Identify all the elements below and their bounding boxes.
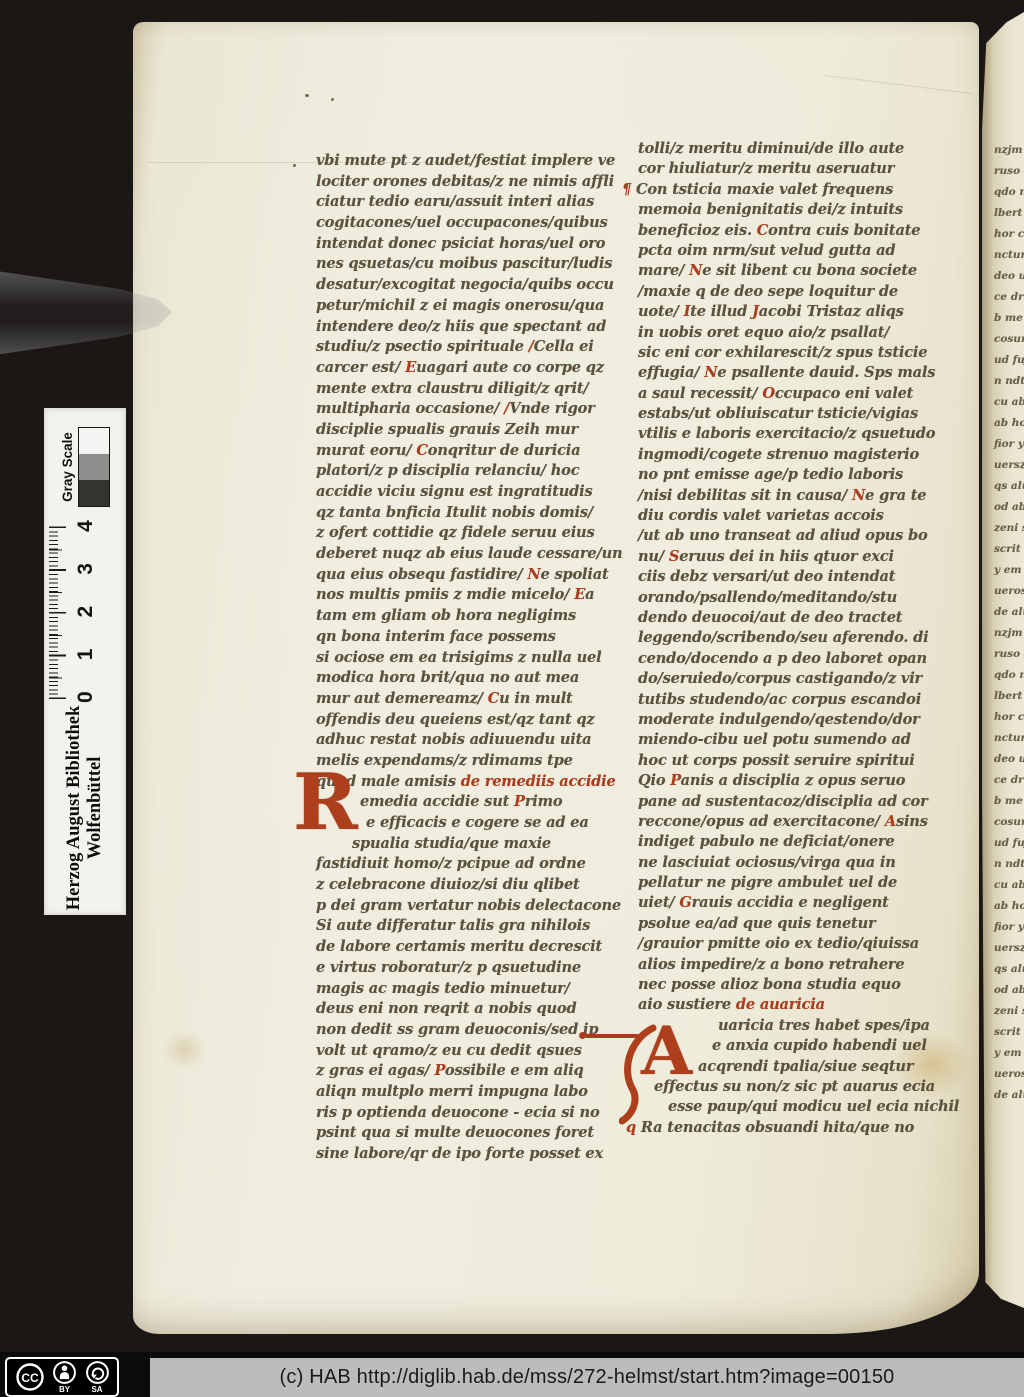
manuscript-line: non dedit ss gram deuoconis/sed ip: [316, 1020, 622, 1041]
manuscript-line: ris p optienda deuocone - ecia si no: [316, 1103, 622, 1124]
manuscript-line: e efficacis e cogere se ad ea: [316, 813, 622, 834]
edge-text-fragment: n ndt: [994, 854, 1024, 875]
manuscript-line: pane ad sustentacoz/disciplia ad cor: [638, 792, 959, 812]
manuscript-line: ne lasciuiat ociosus/virga qua in: [638, 853, 959, 873]
edge-text-fragment: ueros: [994, 581, 1024, 602]
rubric-text: de auaricia: [736, 996, 825, 1013]
manuscript-line: studiu/z psectio spirituale /Cella ei: [316, 337, 622, 358]
manuscript-line: cendo/docendo a p deo laboret opan: [638, 649, 959, 669]
rubric-text: N: [689, 262, 702, 279]
edge-text-fragment: hor co: [994, 224, 1024, 245]
ink-text: indiget pabulo ne deficiat/onere: [638, 833, 895, 850]
manuscript-line: memoia benignitatis dei/z intuits: [638, 200, 959, 220]
manuscript-line: esse paup/qui modicu uel ecia nichil: [638, 1097, 959, 1117]
gray-scale-block: Gray Scale: [60, 421, 110, 513]
next-page-text-fragments: nzjmruso dqdo nelberthor concturdeo udce…: [994, 140, 1024, 1106]
manuscript-line: dendo deuocoi/aut de deo tractet: [638, 608, 959, 628]
edge-text-fragment: ud fuj: [994, 350, 1024, 371]
manuscript-line: ingmodi/cogete strenuo magisterio: [638, 445, 959, 465]
ink-text: si ociose em ea trisigims z nulla uel: [316, 649, 601, 666]
manuscript-line: Qio Panis a disciplia z opus seruo: [638, 771, 959, 791]
rubric-text: N: [852, 487, 865, 504]
ink-text: sins: [896, 813, 928, 830]
manuscript-line: petur/michil z ei magis onerosu/qua: [316, 296, 622, 317]
ink-text: de labore certamis meritu decrescit: [316, 938, 602, 955]
ink-text: non dedit ss gram deuoconis/sed ip: [316, 1021, 598, 1038]
manuscript-line: /grauior pmitte oio ex tedio/qiuissa: [638, 934, 959, 954]
ink-text: fastidiuit homo/z pcipue ad ordne: [316, 855, 586, 872]
manuscript-page: vbi mute pt z audet/festiat implere velo…: [133, 22, 979, 1334]
ink-text: /nisi debilitas sit in causa/: [638, 487, 852, 504]
ink-text: mur aut demereamz/: [316, 690, 488, 707]
ink-text: offendis deu queiens est/qz tant qz: [316, 711, 595, 728]
ink-text: reccone/opus ad exercitacone/: [638, 813, 885, 830]
ink-text: Cella ei: [534, 338, 594, 355]
ink-text: tam em gliam ob hora negligims: [316, 607, 576, 624]
manuscript-line: do/seruiedo/corpus castigando/z vir: [638, 669, 959, 689]
ink-text: uagari aute co corpe qz: [416, 359, 604, 376]
manuscript-line: z ofert cottidie qz fidele seruu eius: [316, 523, 622, 544]
manuscript-line: reccone/opus ad exercitacone/ Asins: [638, 812, 959, 832]
ruler-strip: Herzog August Bibliothek Wolfenbüttel 01…: [44, 408, 126, 915]
ink-text: e spoliat: [541, 566, 609, 583]
ink-text: in uobis oret equo aio/z psallat/: [638, 324, 889, 341]
ink-text: nes qsuetas/cu moibus pascitur/ludis: [316, 255, 612, 272]
manuscript-line: carcer est/ Euagari aute co corpe qz: [316, 358, 622, 379]
manuscript-line: cor hiuliatur/z meritu aseruatur: [638, 159, 959, 179]
rubric-text: A: [885, 813, 896, 830]
manuscript-line: modica hora brit/qua no aut mea: [316, 668, 622, 689]
rubric-text: N: [704, 364, 717, 381]
manuscript-line: deus eni non reqrit a nobis quod: [316, 999, 622, 1020]
ruler-number: 2: [74, 606, 98, 618]
manuscript-line: nu/ Seruus dei in hiis qtuor exci: [638, 547, 959, 567]
edge-text-fragment: b me o: [994, 308, 1024, 329]
initial-flourish: [619, 1022, 659, 1130]
ink-text: mare/: [638, 262, 689, 279]
edge-text-fragment: qs alu: [994, 959, 1024, 980]
ink-text: /grauior pmitte oio ex tedio/qiuissa: [638, 935, 919, 952]
ink-text: rauis accidia e negligent: [692, 894, 889, 911]
ink-text: te illud: [690, 303, 752, 320]
ink-text: a saul recessit/: [638, 385, 762, 402]
ink-text: intendat donec psiciat horas/uel oro: [316, 235, 605, 252]
ink-text: psint qua si multe deuocones foret: [316, 1124, 594, 1141]
ink-text: adhuc restat nobis adiuuendu uita: [316, 731, 591, 748]
rubric-text: P: [514, 793, 525, 810]
ink-text: /ut ab uno transeat ad aliud opus bo: [638, 527, 928, 544]
ink-text: rimo: [525, 793, 563, 810]
ink-text: ingmodi/cogete strenuo magisterio: [638, 446, 919, 463]
edge-text-fragment: hor co: [994, 707, 1024, 728]
ink-text: Con tsticia maxie valet frequens: [636, 181, 893, 198]
edge-text-fragment: qs alu: [994, 476, 1024, 497]
page-crease: [823, 75, 972, 94]
rubric-text: C: [416, 442, 427, 459]
rubric-text: E: [405, 359, 416, 376]
manuscript-line: mente extra claustru diligit/z qrit/: [316, 379, 622, 400]
right-text-column: tolli/z meritu diminui/de illo autecor h…: [638, 139, 959, 1138]
ruler-ticks-cm: [49, 525, 66, 699]
ink-text: ciis debz versari/ut deo intendat: [638, 568, 895, 585]
manuscript-line: deberet nuqz ab eius laude cessare/un: [316, 544, 622, 565]
ink-text: anis a disciplia z opus seruo: [681, 772, 906, 789]
edge-text-fragment: lbert: [994, 203, 1024, 224]
manuscript-line: murat eoru/ Conqritur de duricia: [316, 441, 622, 462]
ink-text: onqritur de duricia: [428, 442, 581, 459]
ruler-number: 1: [74, 649, 98, 661]
footer-bar: (c) HAB http://diglib.hab.de/mss/272-hel…: [0, 1352, 1024, 1397]
manuscript-line: platori/z p disciplia relanciu/ hoc: [316, 461, 622, 482]
ink-text: e gra te: [865, 487, 926, 504]
edge-text-fragment: lbert: [994, 686, 1024, 707]
ink-text: ossibile e em aliq: [445, 1062, 584, 1079]
red-pen-stroke: [585, 1034, 639, 1038]
manuscript-line: /maxie q de deo sepe loquitur de: [638, 282, 959, 302]
ink-text: eruus dei in hiis qtuor exci: [679, 548, 894, 565]
ink-text: alios impedire/z a bono retrahere: [638, 956, 905, 973]
ink-text: murat eoru/: [316, 442, 416, 459]
manuscript-line: desatur/excogitat negocia/quibs occu: [316, 275, 622, 296]
manuscript-line: z celebracone diuioz/si diu qlibet: [316, 875, 622, 896]
edge-text-fragment: ruso d: [994, 644, 1024, 665]
ink-text: e anxia cupido habendi uel: [712, 1037, 927, 1054]
manuscript-line: orando/psallendo/meditando/stu: [638, 588, 959, 608]
red-initial-R: R: [293, 764, 358, 842]
edge-text-fragment: qdo ne: [994, 665, 1024, 686]
edge-text-fragment: nzjm: [994, 140, 1024, 161]
edge-text-fragment: zeni s: [994, 518, 1024, 539]
ink-text: nec posse alioz bona studia equo: [638, 976, 901, 993]
manuscript-line: sic eni cor exhilarescit/z spus tsticie: [638, 343, 959, 363]
ink-text: disciplie spualis grauis Zeih mur: [316, 421, 578, 438]
ink-text: effugia/: [638, 364, 704, 381]
manuscript-line: moderate indulgendo/qestendo/dor: [638, 710, 959, 730]
ink-text: carcer est/: [316, 359, 405, 376]
ink-text: e sit libent cu bona societe: [702, 262, 917, 279]
ruler-number: 0: [74, 691, 98, 703]
ink-text: qn bona interim face possems: [316, 628, 556, 645]
institution-line1: Herzog August Bibliothek: [64, 705, 85, 911]
ink-text: beneficioz eis.: [638, 222, 757, 239]
ink-text: e psallente dauid. Sps mals: [717, 364, 935, 381]
edge-text-fragment: scrit: [994, 539, 1024, 560]
edge-text-fragment: cu ab e: [994, 875, 1024, 896]
ink-text: psolue ea/ad que quis tenetur: [638, 915, 875, 932]
ink-text: effectus su non/z sic pt auarus ecia: [654, 1078, 935, 1095]
ink-text: ne lasciuiat ociosus/virga qua in: [638, 854, 896, 871]
gray-scale-patch: [79, 428, 109, 454]
ink-text: deus eni non reqrit a nobis quod: [316, 1000, 576, 1017]
edge-text-fragment: ab hor: [994, 413, 1024, 434]
ink-text: estabs/ut obliuiscatur tsticie/vigias: [638, 405, 918, 422]
rubric-text: C: [488, 690, 499, 707]
ink-text: volt ut qramo/z eu cu dedit qsues: [316, 1042, 582, 1059]
institution-line2: Wolfenbüttel: [85, 705, 106, 911]
manuscript-line: qn bona interim face possems: [316, 627, 622, 648]
manuscript-line: z gras ei agas/ Possibile e em aliq: [316, 1061, 622, 1082]
manuscript-line: ciatur tedio earu/assuit interi alias: [316, 192, 622, 213]
manuscript-line: ciis debz versari/ut deo intendat: [638, 567, 959, 587]
page-speck: [331, 98, 334, 101]
manuscript-line: /ut ab uno transeat ad aliud opus bo: [638, 526, 959, 546]
ink-text: vbi mute pt z audet/festiat implere ve: [316, 152, 615, 169]
ink-text: leggendo/scribendo/seu aferendo. di: [638, 629, 929, 646]
red-pen-dot: [579, 1032, 586, 1039]
edge-text-fragment: ud fuj: [994, 833, 1024, 854]
ruler-number: 4: [74, 520, 98, 532]
edge-text-fragment: qdo ne: [994, 182, 1024, 203]
ink-text: moderate indulgendo/qestendo/dor: [638, 711, 920, 728]
ink-text: intendere deo/z hiis que spectant ad: [316, 318, 606, 335]
manuscript-line: leggendo/scribendo/seu aferendo. di: [638, 628, 959, 648]
manuscript-line: qua eius obsequ fastidire/ Ne spoliat: [316, 565, 622, 586]
ink-text: deberet nuqz ab eius laude cessare/un: [316, 545, 622, 562]
ink-text: cendo/docendo a p deo laboret opan: [638, 650, 927, 667]
manuscript-line: aliqn multplo merri impugna labo: [316, 1082, 622, 1103]
edge-text-fragment: cosur: [994, 329, 1024, 350]
ink-text: pellatur ne pigre ambulet uel de: [638, 874, 897, 891]
parchment-stain: [161, 1030, 207, 1070]
ink-text: a: [585, 586, 594, 603]
edge-text-fragment: y em d: [994, 560, 1024, 581]
edge-text-fragment: n ndt: [994, 371, 1024, 392]
ink-text: uiet/: [638, 894, 679, 911]
ink-text: qz tanta bnficia Itulit nobis domis/: [316, 504, 593, 521]
rubric-text: P: [670, 772, 680, 789]
edge-text-fragment: scrit: [994, 1022, 1024, 1043]
ink-text: Qio: [638, 772, 670, 789]
rubric-text: E: [574, 586, 585, 603]
ink-text: tutibs studendo/ac corpus escandoi: [638, 691, 921, 708]
color-ruler: Herzog August Bibliothek Wolfenbüttel 01…: [44, 408, 126, 915]
manuscript-line: diu cordis valet varietas accois: [638, 506, 959, 526]
rubric-text: de remediis accidie: [461, 773, 616, 790]
ink-text: acobi Tristaz aliqs: [759, 303, 904, 320]
cc-by-label: BY: [59, 1386, 70, 1394]
ink-text: platori/z p disciplia relanciu/ hoc: [316, 462, 579, 479]
copyright-text: (c) HAB http://diglib.hab.de/mss/272-hel…: [280, 1366, 895, 1389]
manuscript-line: ¶ Con tsticia maxie valet frequens: [638, 180, 959, 200]
ink-text: pcta oim nrm/sut velud gutta ad: [638, 242, 895, 259]
manuscript-line: q Ra tenacitas obsuandi hita/que no: [638, 1118, 959, 1138]
manuscript-line: disciplie spualis grauis Zeih mur: [316, 420, 622, 441]
ink-text: multipharia occasione/: [316, 400, 504, 417]
ink-text: cor hiuliatur/z meritu aseruatur: [638, 160, 894, 177]
manuscript-line: in uobis oret equo aio/z psallat/: [638, 323, 959, 343]
manuscript-line: estabs/ut obliuiscatur tsticie/vigias: [638, 404, 959, 424]
ink-text: do/seruiedo/corpus castigando/z vir: [638, 670, 922, 687]
edge-text-fragment: uersz: [994, 455, 1024, 476]
edge-text-fragment: deo ud: [994, 749, 1024, 770]
edge-text-fragment: deo ud: [994, 266, 1024, 287]
manuscript-line: psolue ea/ad que quis tenetur: [638, 914, 959, 934]
gray-scale-label: Gray Scale: [60, 432, 75, 502]
ink-text: ccupaco eni valet: [775, 385, 913, 402]
svg-text:CC: CC: [21, 1371, 39, 1385]
rubric-text: S: [669, 548, 679, 565]
ink-text: e virtus roboratur/z p qsuetudine: [316, 959, 581, 976]
gray-scale-patch: [79, 454, 109, 480]
manuscript-line: indiget pabulo ne deficiat/onere: [638, 832, 959, 852]
edge-text-fragment: cosur: [994, 812, 1024, 833]
rubric-text: J: [752, 303, 759, 320]
ink-text: emedia accidie sut: [360, 793, 514, 810]
manuscript-line: volt ut qramo/z eu cu dedit qsues: [316, 1041, 622, 1062]
ink-text: ciatur tedio earu/assuit interi alias: [316, 193, 594, 210]
ink-text: vtilis e laboris exercitacio/z qsuetudo: [638, 425, 935, 442]
manuscript-line: quod male amisis de remediis accidie: [316, 772, 622, 793]
manuscript-line: melis expendams/z rdimams tpe: [316, 751, 622, 772]
manuscript-line: miendo-cibu uel potu sumendo ad: [638, 730, 959, 750]
page-speck: [305, 94, 309, 97]
manuscript-line: adhuc restat nobis adiuuendu uita: [316, 730, 622, 751]
manuscript-line: magis ac magis tedio minuetur/: [316, 979, 622, 1000]
manuscript-line: intendat donec psiciat horas/uel oro: [316, 234, 622, 255]
gray-scale-patches: [78, 427, 110, 507]
manuscript-line: emedia accidie sut Primo: [316, 792, 622, 813]
gray-scale-patch: [79, 480, 109, 506]
manuscript-line: tolli/z meritu diminui/de illo aute: [638, 139, 959, 159]
manuscript-line: tam em gliam ob hora negligims: [316, 606, 622, 627]
page-speck: [293, 164, 296, 167]
manuscript-line: beneficioz eis. Contra cuis bonitate: [638, 221, 959, 241]
cc-icon: CC: [15, 1362, 45, 1392]
manuscript-line: psint qua si multe deuocones foret: [316, 1123, 622, 1144]
edge-text-fragment: nctur: [994, 728, 1024, 749]
cc-sa-label: SA: [91, 1386, 102, 1394]
edge-text-fragment: de alu: [994, 1085, 1024, 1106]
manuscript-line: Si aute differatur talis gra nihilois: [316, 916, 622, 937]
manuscript-line: spualia studia/que maxie: [316, 834, 622, 855]
manuscript-line: /nisi debilitas sit in causa/ Ne gra te: [638, 486, 959, 506]
ink-text: pane ad sustentacoz/disciplia ad cor: [638, 793, 928, 810]
manuscript-line: de labore certamis meritu decrescit: [316, 937, 622, 958]
edge-text-fragment: ab hor: [994, 896, 1024, 917]
ink-text: Ra tenacitas obsuandi hita/que no: [641, 1119, 914, 1136]
manuscript-line: vtilis e laboris exercitacio/z qsuetudo: [638, 424, 959, 444]
ink-text: diu cordis valet varietas accois: [638, 507, 884, 524]
ink-text: ris p optienda deuocone - ecia si no: [316, 1104, 599, 1121]
ink-text: memoia benignitatis dei/z intuits: [638, 201, 903, 218]
ink-text: z gras ei agas/: [316, 1062, 434, 1079]
edge-text-fragment: uersz: [994, 938, 1024, 959]
manuscript-line: pcta oim nrm/sut velud gutta ad: [638, 241, 959, 261]
ink-text: uote/: [638, 303, 684, 320]
ink-text: ontra cuis bonitate: [768, 222, 920, 239]
manuscript-line: mur aut demereamz/ Cu in mult: [316, 689, 622, 710]
ink-text: petur/michil z ei magis onerosu/qua: [316, 297, 604, 314]
ink-text: qua eius obsequ fastidire/: [316, 566, 527, 583]
rubric-text: O: [762, 385, 775, 402]
edge-text-fragment: de alu: [994, 602, 1024, 623]
ink-text: miendo-cibu uel potu sumendo ad: [638, 731, 911, 748]
manuscript-line: si ociose em ea trisigims z nulla uel: [316, 648, 622, 669]
ink-text: hoc ut corps possit seruire spiritui: [638, 752, 915, 769]
ink-text: z ofert cottidie qz fidele seruu eius: [316, 524, 594, 541]
edge-text-fragment: y em d: [994, 1043, 1024, 1064]
ink-text: e efficacis e cogere se ad ea: [366, 814, 589, 831]
ink-text: cogitacones/uel occupacones/quibus: [316, 214, 608, 231]
ink-text: magis ac magis tedio minuetur/: [316, 980, 570, 997]
ink-text: accidie viciu signu est ingratitudis: [316, 483, 593, 500]
cc-by-person-icon: [52, 1360, 77, 1385]
manuscript-line: lociter orones debitas/z ne nimis affli: [316, 172, 622, 193]
edge-text-fragment: ruso d: [994, 161, 1024, 182]
manuscript-line: sine labore/qr de ipo forte posset ex: [316, 1144, 622, 1165]
photo-stage: vbi mute pt z audet/festiat implere velo…: [0, 0, 1024, 1397]
ink-text: desatur/excogitat negocia/quibs occu: [316, 276, 614, 293]
manuscript-line: hoc ut corps possit seruire spiritui: [638, 751, 959, 771]
manuscript-line: cogitacones/uel occupacones/quibus: [316, 213, 622, 234]
manuscript-line: nes qsuetas/cu moibus pascitur/ludis: [316, 254, 622, 275]
manuscript-line: nos multis pmiis z mdie micelo/ Ea: [316, 585, 622, 606]
ink-text: Si aute differatur talis gra nihilois: [316, 917, 590, 934]
next-page-edge: nzjmruso dqdo nelberthor concturdeo udce…: [982, 12, 1024, 1308]
manuscript-line: offendis deu queiens est/qz tant qz: [316, 710, 622, 731]
ink-text: aliqn multplo merri impugna labo: [316, 1083, 588, 1100]
rubric-text: P: [434, 1062, 444, 1079]
rubric-text: ¶: [622, 181, 636, 198]
ink-text: acqrendi tpalia/siue seqtur: [698, 1058, 913, 1075]
ink-text: aio sustiere: [638, 996, 736, 1013]
ink-text: sic eni cor exhilarescit/z spus tsticie: [638, 344, 927, 361]
ink-text: lociter orones debitas/z ne nimis affli: [316, 173, 614, 190]
ink-text: u in mult: [499, 690, 572, 707]
ink-text: dendo deuocoi/aut de deo tractet: [638, 609, 902, 626]
manuscript-line: effugia/ Ne psallente dauid. Sps mals: [638, 363, 959, 383]
edge-text-fragment: ce dr: [994, 770, 1024, 791]
edge-text-fragment: nzjm: [994, 623, 1024, 644]
institution-label: Herzog August Bibliothek Wolfenbüttel: [64, 705, 106, 915]
edge-text-fragment: fior yt: [994, 917, 1024, 938]
ink-text: nos multis pmiis z mdie micelo/: [316, 586, 574, 603]
manuscript-line: p dei gram vertatur nobis delectacone: [316, 896, 622, 917]
edge-text-fragment: od ab: [994, 497, 1024, 518]
cc-sa-arrow-icon: [85, 1360, 110, 1385]
ink-text: modica hora brit/qua no aut mea: [316, 669, 579, 686]
ink-text: orando/psallendo/meditando/stu: [638, 589, 897, 606]
manuscript-line: nec posse alioz bona studia equo: [638, 975, 959, 995]
ink-text: no pnt emisse age/p tedio laboris: [638, 466, 903, 483]
manuscript-line: e virtus roboratur/z p qsuetudine: [316, 958, 622, 979]
rubric-text: G: [679, 894, 691, 911]
left-text-column: vbi mute pt z audet/festiat implere velo…: [316, 151, 622, 1165]
footer-copyright-bar: (c) HAB http://diglib.hab.de/mss/272-hel…: [150, 1358, 1024, 1397]
manuscript-line: uote/ Ite illud Jacobi Tristaz aliqs: [638, 302, 959, 322]
ink-text: p dei gram vertatur nobis delectacone: [316, 897, 621, 914]
edge-text-fragment: nctur: [994, 245, 1024, 266]
ink-text: z celebracone diuioz/si diu qlibet: [316, 876, 580, 893]
manuscript-line: vbi mute pt z audet/festiat implere ve: [316, 151, 622, 172]
manuscript-line: no pnt emisse age/p tedio laboris: [638, 465, 959, 485]
manuscript-line: accidie viciu signu est ingratitudis: [316, 482, 622, 503]
manuscript-line: intendere deo/z hiis que spectant ad: [316, 317, 622, 338]
edge-text-fragment: b me o: [994, 791, 1024, 812]
edge-text-fragment: ce dr: [994, 287, 1024, 308]
ink-text: uaricia tres habet spes/ipa: [718, 1017, 930, 1034]
edge-text-fragment: zeni s: [994, 1001, 1024, 1022]
edge-text-fragment: cu ab e: [994, 392, 1024, 413]
ink-text: sine labore/qr de ipo forte posset ex: [316, 1145, 603, 1162]
ruler-scale: 01234: [44, 513, 126, 705]
manuscript-line: uiet/ Grauis accidia e negligent: [638, 893, 959, 913]
edge-text-fragment: od ab: [994, 980, 1024, 1001]
cc-license-badge: CC BY SA: [5, 1357, 119, 1397]
manuscript-line: tutibs studendo/ac corpus escandoi: [638, 690, 959, 710]
manuscript-line: multipharia occasione/ /Vnde rigor: [316, 399, 622, 420]
ink-text: esse paup/qui modicu uel ecia nichil: [668, 1098, 959, 1115]
